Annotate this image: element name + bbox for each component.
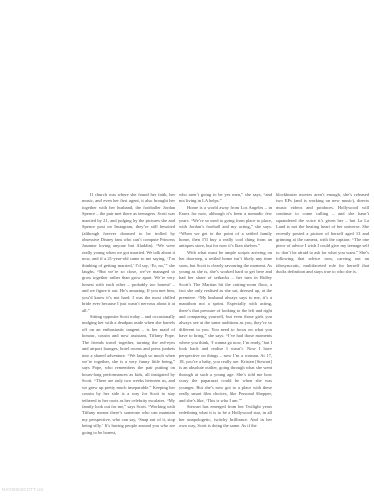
article-paragraph: who aren’t going to be yes men,” she say… bbox=[179, 192, 272, 205]
article-paragraph: With what must be ample scripts arriving… bbox=[179, 250, 272, 404]
article-paragraph: blockbuster movies aren’t enough, she’s … bbox=[276, 192, 369, 275]
magazine-page: If church was where she found her faith,… bbox=[0, 0, 374, 500]
article-text-block: If church was where she found her faith,… bbox=[82, 192, 369, 436]
watermark-url-text: NAOMIESCOTT.US bbox=[2, 487, 43, 492]
article-paragraph: If church was where she found her faith,… bbox=[82, 192, 175, 314]
article-column-2: who aren’t going to be yes men,” she say… bbox=[179, 192, 272, 430]
article-paragraph: Stewart has emerged from her Twilight ye… bbox=[179, 404, 272, 430]
article-paragraph: Home is a world away from Los Angeles – … bbox=[179, 205, 272, 250]
article-column-1: If church was where she found her faith,… bbox=[82, 192, 175, 436]
article-paragraph: Sitting opposite Scott today – and occas… bbox=[82, 314, 175, 436]
article-column-3: blockbuster movies aren’t enough, she’s … bbox=[276, 192, 369, 275]
